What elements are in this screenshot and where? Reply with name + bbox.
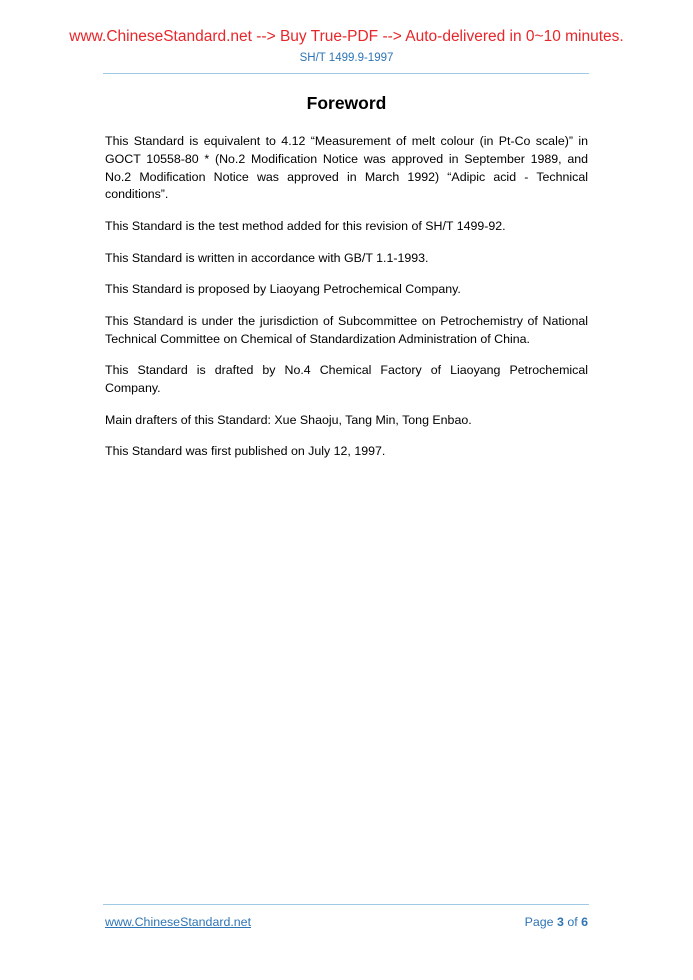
footer-website-link[interactable]: www.ChineseStandard.net (105, 914, 251, 930)
page-title: Foreword (0, 92, 693, 114)
page-current: 3 (557, 915, 564, 929)
page-prefix: Page (525, 915, 557, 929)
paragraph-equivalence: This Standard is equivalent to 4.12 “Mea… (105, 133, 588, 204)
paragraph-proposed-by: This Standard is proposed by Liaoyang Pe… (105, 281, 588, 299)
paragraph-drafted-by: This Standard is drafted by No.4 Chemica… (105, 362, 588, 398)
document-id: SH/T 1499.9-1997 (0, 51, 693, 65)
paragraph-drafters: Main drafters of this Standard: Xue Shao… (105, 412, 588, 430)
page-total: 6 (581, 915, 588, 929)
footer-divider (103, 904, 589, 905)
page-separator: of (564, 915, 581, 929)
paragraph-first-published: This Standard was first published on Jul… (105, 443, 588, 461)
page-number: Page 3 of 6 (525, 914, 588, 930)
paragraph-revision: This Standard is the test method added f… (105, 218, 588, 236)
foreword-body: This Standard is equivalent to 4.12 “Mea… (105, 133, 588, 475)
header-divider (103, 73, 589, 74)
paragraph-jurisdiction: This Standard is under the jurisdiction … (105, 313, 588, 349)
paragraph-accordance: This Standard is written in accordance w… (105, 250, 588, 268)
promo-banner: www.ChineseStandard.net --> Buy True-PDF… (0, 28, 693, 46)
